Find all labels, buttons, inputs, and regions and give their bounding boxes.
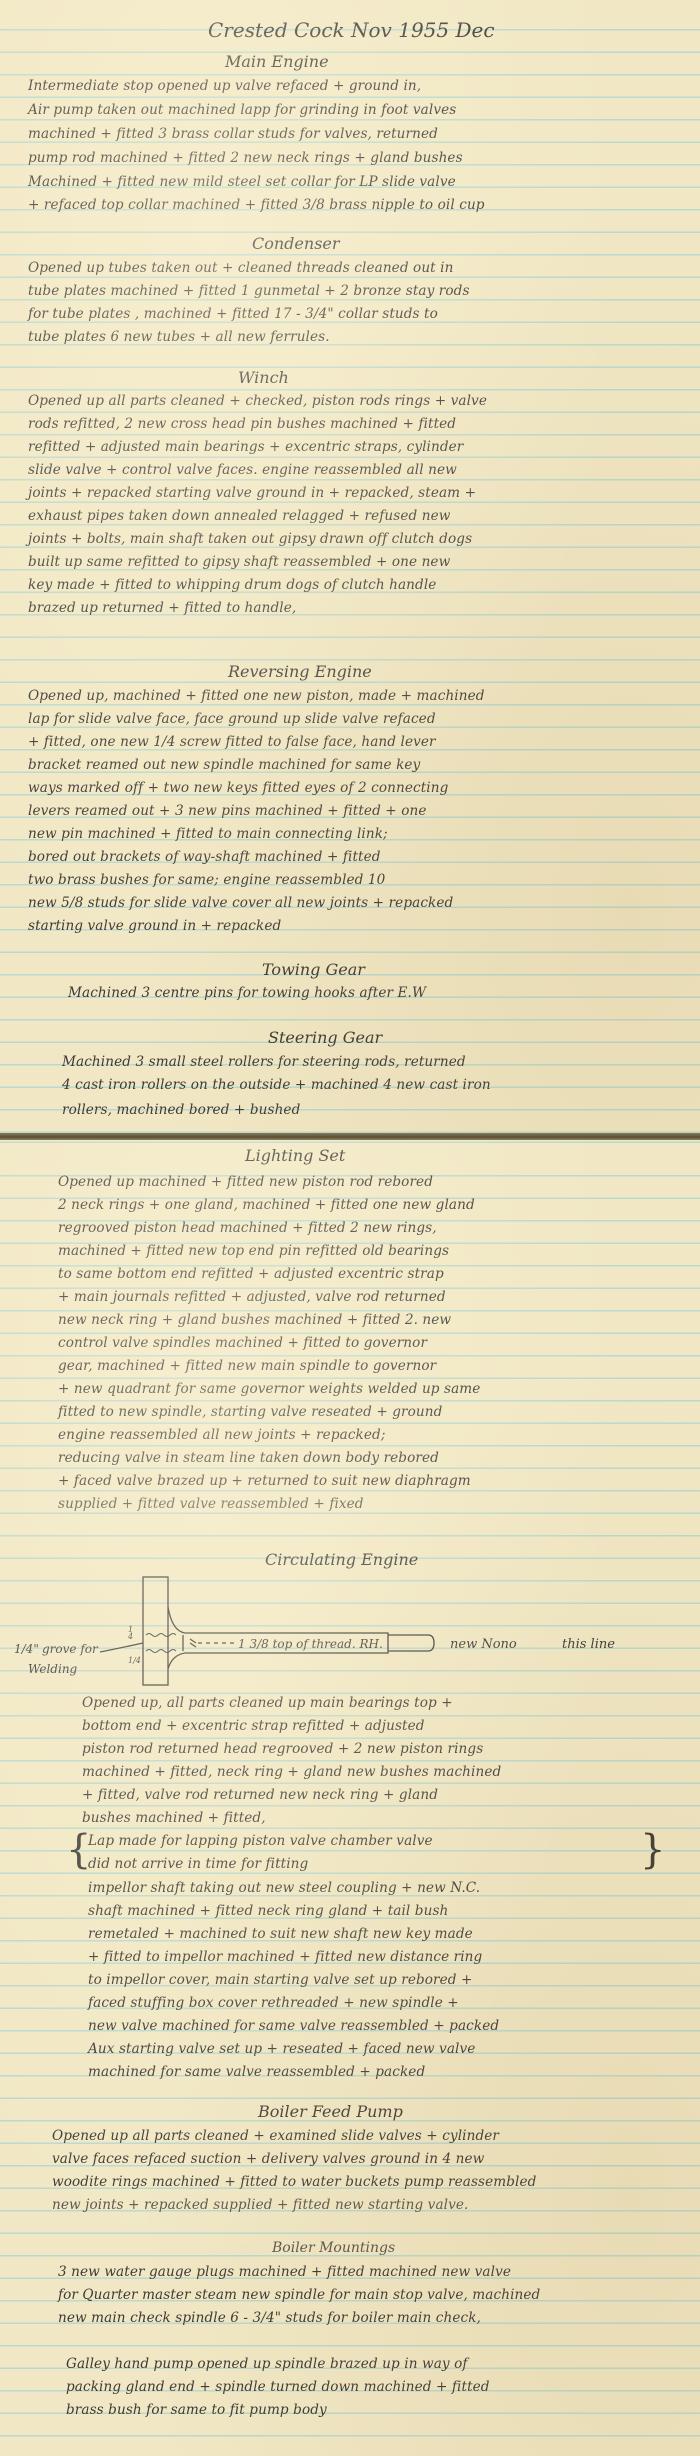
svg-text:grove for: grove for bbox=[42, 1642, 99, 1656]
svg-text:1/4: 1/4 bbox=[128, 1656, 141, 1665]
svg-text:1/4": 1/4" bbox=[14, 1642, 39, 1656]
text-line: key made + fitted to whipping drum dogs … bbox=[28, 577, 436, 593]
text-line: machined + fitted new top end pin refitt… bbox=[58, 1243, 449, 1259]
section-heading: Condenser bbox=[252, 234, 340, 253]
text-line: to impellor cover, main starting valve s… bbox=[88, 1972, 473, 1988]
text-line: Opened up, machined + fitted one new pis… bbox=[28, 688, 485, 704]
text-line: levers reamed out + 3 new pins machined … bbox=[28, 803, 427, 819]
text-line: 3 new water gauge plugs machined + fitte… bbox=[58, 2264, 511, 2280]
text-line: 2 neck rings + one gland, machined + fit… bbox=[58, 1197, 475, 1213]
text-line: rods refitted, 2 new cross head pin bush… bbox=[28, 416, 456, 432]
svg-text:1 3/8 top of thread. RH.: 1 3/8 top of thread. RH. bbox=[238, 1637, 383, 1651]
text-line: refitted + adjusted main bearings + exce… bbox=[28, 439, 463, 455]
notebook-page-2: Lighting Set Opened up machined + fitted… bbox=[0, 1140, 700, 2456]
text-line: packing gland end + spindle turned down … bbox=[66, 2379, 490, 2395]
text-line: Lap made for lapping piston valve chambe… bbox=[88, 1833, 433, 1849]
text-line: Machined + fitted new mild steel set col… bbox=[28, 174, 456, 190]
text-line: Opened up all parts cleaned + examined s… bbox=[52, 2128, 499, 2144]
text-line: to same bottom end refitted + adjusted e… bbox=[58, 1266, 444, 1282]
text-line: 4 cast iron rollers on the outside + mac… bbox=[62, 1077, 491, 1093]
text-line: new neck ring + gland bushes machined + … bbox=[58, 1312, 451, 1328]
section-heading: Towing Gear bbox=[262, 960, 365, 979]
text-line: machined + fitted, neck ring + gland new… bbox=[82, 1764, 501, 1780]
text-line: brazed up returned + fitted to handle, bbox=[28, 600, 296, 616]
text-line: piston rod returned head regrooved + 2 n… bbox=[82, 1741, 483, 1757]
text-line: joints + repacked starting valve ground … bbox=[28, 485, 476, 501]
text-line: tube plates machined + fitted 1 gunmetal… bbox=[28, 283, 470, 299]
text-line: for tube plates , machined + fitted 17 -… bbox=[28, 306, 438, 322]
text-line: new pin machined + fitted to main connec… bbox=[28, 826, 388, 842]
text-line: did not arrive in time for fitting bbox=[88, 1856, 308, 1872]
text-line: impellor shaft taking out new steel coup… bbox=[88, 1880, 480, 1896]
text-line: + fitted, valve rod returned new neck ri… bbox=[82, 1787, 438, 1803]
text-line: supplied + fitted valve reassembled + fi… bbox=[58, 1496, 364, 1512]
text-line: reducing valve in steam line taken down … bbox=[58, 1450, 439, 1466]
text-line: machined + fitted 3 brass collar studs f… bbox=[28, 126, 438, 142]
text-line: exhaust pipes taken down annealed relagg… bbox=[28, 508, 450, 524]
text-line: tube plates 6 new tubes + all new ferrul… bbox=[28, 329, 330, 345]
text-line: Aux starting valve set up + reseated + f… bbox=[88, 2041, 475, 2057]
text-line: pump rod machined + fitted 2 new neck ri… bbox=[28, 150, 463, 166]
text-line: slide valve + control valve faces. engin… bbox=[28, 462, 457, 478]
text-line: regrooved piston head machined + fitted … bbox=[58, 1220, 437, 1236]
text-line: Intermediate stop opened up valve reface… bbox=[28, 78, 421, 94]
text-line: joints + bolts, main shaft taken out gip… bbox=[28, 531, 472, 547]
right-brace-icon: } bbox=[640, 1830, 665, 1870]
text-line: bracket reamed out new spindle machined … bbox=[28, 757, 420, 773]
text-line: new 5/8 studs for slide valve cover all … bbox=[28, 895, 453, 911]
text-line: + fitted, one new 1/4 screw fitted to fa… bbox=[28, 734, 436, 750]
notebook-page-1: Crested Cock Nov 1955 Dec Main Engine In… bbox=[0, 0, 700, 1137]
svg-text:this line: this line bbox=[562, 1637, 615, 1652]
text-line: built up same refitted to gipsy shaft re… bbox=[28, 554, 450, 570]
text-line: Air pump taken out machined lapp for gri… bbox=[28, 102, 456, 118]
text-line: Opened up, all parts cleaned up main bea… bbox=[82, 1695, 453, 1711]
text-line: rollers, machined bored + bushed bbox=[62, 1102, 300, 1118]
text-line: faced stuffing box cover rethreaded + ne… bbox=[88, 1995, 459, 2011]
text-line: remetaled + machined to suit new shaft n… bbox=[88, 1926, 473, 1942]
shaft-diagram: 1 4 1/4 1 3/8 top of thread. RH. 1/4" gr… bbox=[0, 1565, 700, 1695]
text-line: woodite rings machined + fitted to water… bbox=[52, 2174, 536, 2190]
text-line: control valve spindles machined + fitted… bbox=[58, 1335, 427, 1351]
text-line: bored out brackets of way-shaft machined… bbox=[28, 849, 381, 865]
text-line: + new quadrant for same governor weights… bbox=[58, 1381, 480, 1397]
text-line: machined for same valve reassembled + pa… bbox=[88, 2064, 425, 2080]
text-line: ways marked off + two new keys fitted ey… bbox=[28, 780, 448, 796]
text-line: + main journals refitted + adjusted, val… bbox=[58, 1289, 446, 1305]
text-line: shaft machined + fitted neck ring gland … bbox=[88, 1903, 448, 1919]
text-line: for Quarter master steam new spindle for… bbox=[58, 2287, 540, 2303]
text-line: bottom end + excentric strap refitted + … bbox=[82, 1718, 425, 1734]
text-line: lap for slide valve face, face ground up… bbox=[28, 711, 436, 727]
section-heading: Main Engine bbox=[225, 52, 329, 71]
text-line: new valve machined for same valve reasse… bbox=[88, 2018, 499, 2034]
text-line: new main check spindle 6 - 3/4" studs fo… bbox=[58, 2310, 481, 2326]
text-line: Galley hand pump opened up spindle braze… bbox=[66, 2356, 468, 2372]
text-line: + fitted to impellor machined + fitted n… bbox=[88, 1949, 482, 1965]
text-line: engine reassembled all new joints + repa… bbox=[58, 1427, 386, 1443]
svg-text:4: 4 bbox=[127, 1632, 133, 1641]
section-heading: Winch bbox=[238, 368, 289, 387]
section-heading: Boiler Mountings bbox=[272, 2240, 395, 2256]
svg-text:new Nono: new Nono bbox=[450, 1637, 517, 1652]
text-line: gear, machined + fitted new main spindle… bbox=[58, 1358, 436, 1374]
section-heading: Boiler Feed Pump bbox=[258, 2102, 403, 2121]
section-heading: Lighting Set bbox=[245, 1146, 345, 1165]
text-line: new joints + repacked supplied + fitted … bbox=[52, 2197, 468, 2213]
text-line: + refaced top collar machined + fitted 3… bbox=[28, 197, 485, 213]
text-line: two brass bushes for same; engine reasse… bbox=[28, 872, 385, 888]
text-line: Opened up tubes taken out + cleaned thre… bbox=[28, 260, 453, 276]
text-line: fitted to new spindle, starting valve re… bbox=[58, 1404, 442, 1420]
text-line: + faced valve brazed up + returned to su… bbox=[58, 1473, 471, 1489]
page-title: Crested Cock Nov 1955 Dec bbox=[208, 18, 495, 42]
svg-text:Welding: Welding bbox=[28, 1662, 78, 1676]
text-line: Machined 3 small steel rollers for steer… bbox=[62, 1054, 466, 1070]
shaft-sketch-icon: 1 4 1/4 1 3/8 top of thread. RH. 1/4" gr… bbox=[0, 1565, 700, 1695]
text-line: starting valve ground in + repacked bbox=[28, 918, 281, 934]
text-line: Opened up all parts cleaned + checked, p… bbox=[28, 393, 487, 409]
text-line: Machined 3 centre pins for towing hooks … bbox=[68, 985, 426, 1001]
text-line: brass bush for same to fit pump body bbox=[66, 2402, 327, 2418]
section-heading: Steering Gear bbox=[268, 1028, 382, 1047]
text-line: valve faces refaced suction + delivery v… bbox=[52, 2151, 484, 2167]
text-line: bushes machined + fitted, bbox=[82, 1810, 266, 1826]
text-line: Opened up machined + fitted new piston r… bbox=[58, 1174, 433, 1190]
section-heading: Reversing Engine bbox=[228, 662, 372, 681]
